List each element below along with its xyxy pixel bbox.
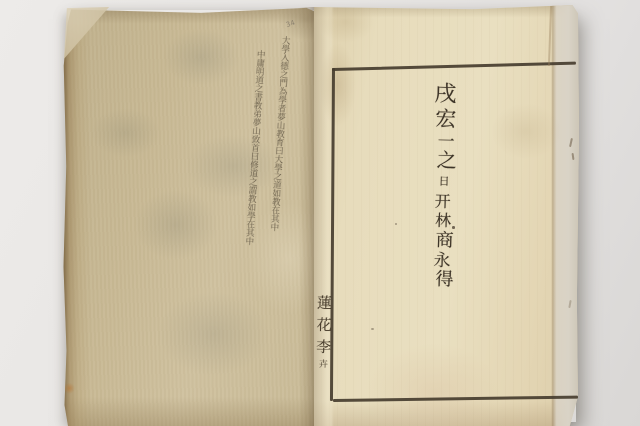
ink-fleck xyxy=(371,328,374,330)
ink-fleck xyxy=(395,223,397,225)
gutter-inscription-small-char: 卉 xyxy=(319,361,328,370)
gutter-inscription: 蓮 花 李 卉 xyxy=(312,296,335,370)
title-char: 永 xyxy=(433,253,450,270)
title-char: 宏 xyxy=(435,109,457,131)
title-char: 得 xyxy=(435,271,453,289)
ink-fleck xyxy=(452,226,455,229)
title-char-small: 日 xyxy=(438,176,449,187)
title-char: 商 xyxy=(435,232,453,250)
title-char: 之 xyxy=(436,150,457,171)
gutter-inscription-char: 蓮 xyxy=(317,296,332,311)
title-calligraphy-column: 戌 宏 一 之 日 开 林 商 永 得 xyxy=(421,84,464,290)
title-char: 开 xyxy=(434,194,450,210)
title-char: 林 xyxy=(435,213,451,229)
title-char: 戌 xyxy=(434,84,457,107)
gutter-inscription-char: 李 xyxy=(316,340,331,355)
gutter-inscription-char: 花 xyxy=(316,318,331,333)
photo-of-open-antique-book: 戌 宏 一 之 日 开 林 商 永 得 大學入德之門為學者夢山教育曰大學之道如教… xyxy=(0,0,640,426)
